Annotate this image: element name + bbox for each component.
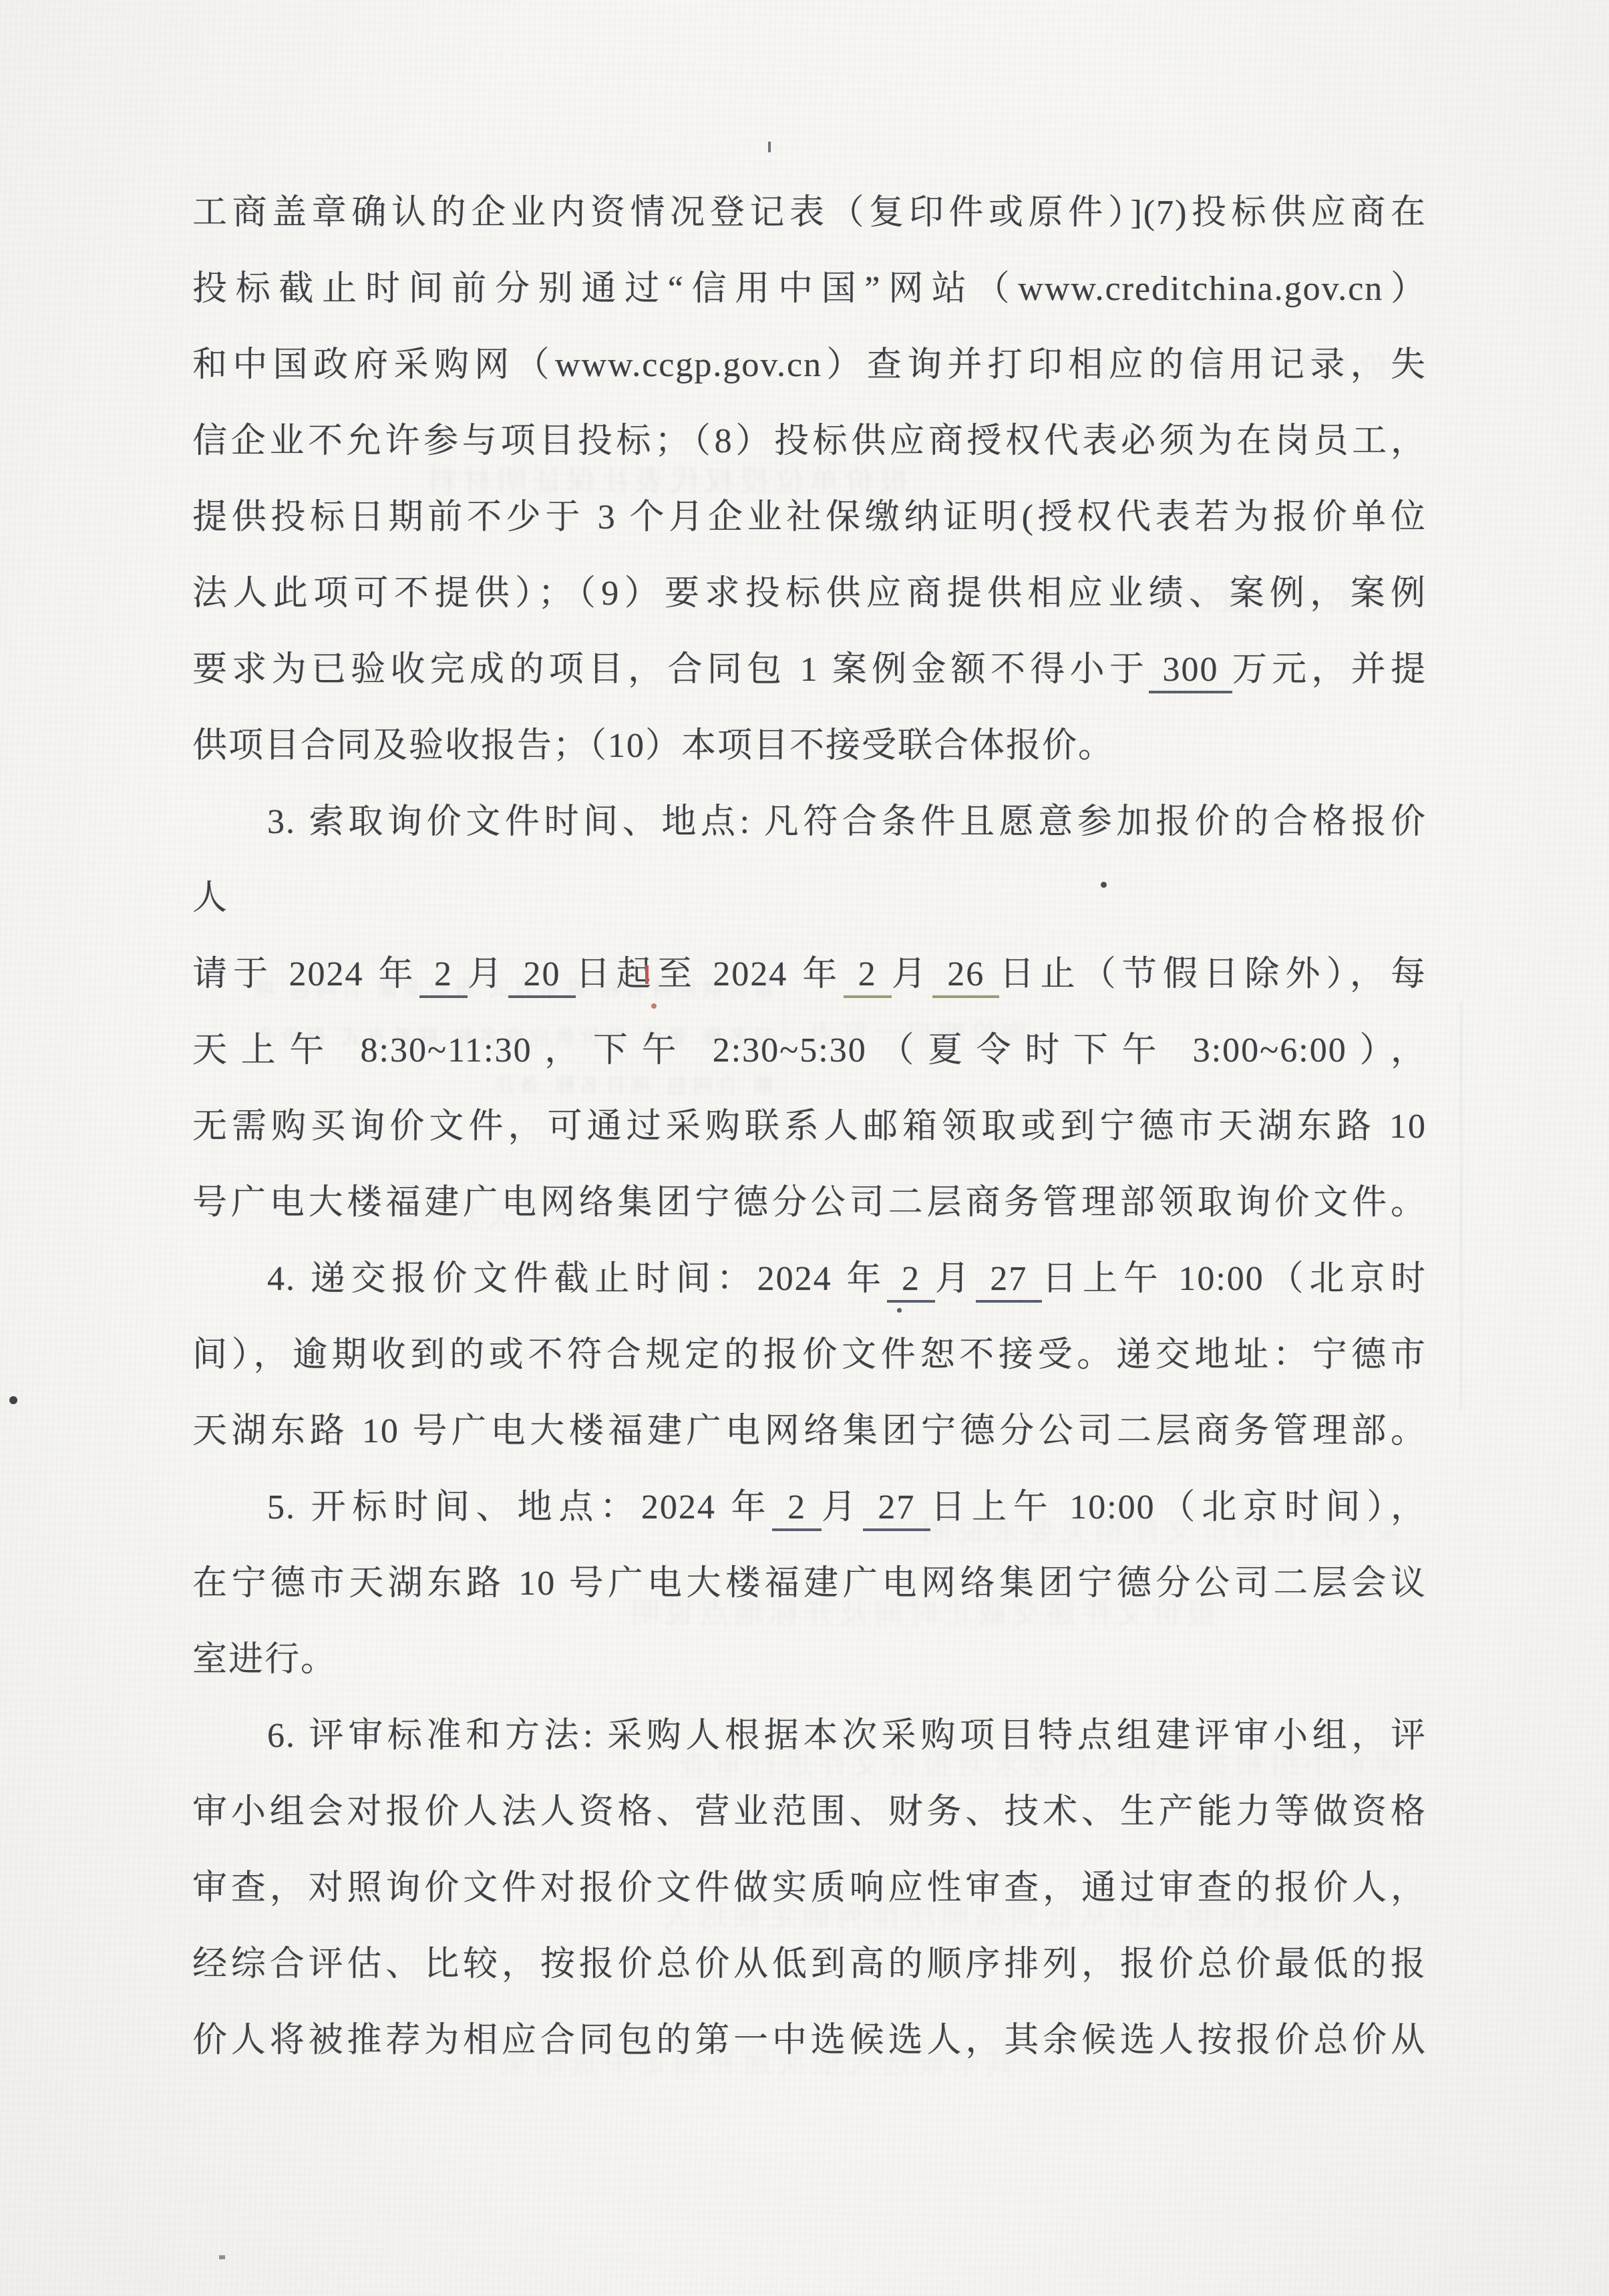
scan-speck — [9, 1396, 17, 1404]
document-line: 在宁德市天湖东路 10 号广电大楼福建广电网络集团宁德分公司二层会议 — [192, 1546, 1427, 1622]
document-line: 天湖东路 10 号广电大楼福建广电网络集团宁德分公司二层商务管理部。 — [192, 1393, 1427, 1470]
line-text: 价人将被推荐为相应合同包的第一中选候选人，其余候选人按报价总价从 — [192, 2021, 1427, 2060]
document-line: 人 — [192, 860, 1427, 937]
line-text: 人 — [192, 879, 228, 917]
line-text: 信企业不允许参与项目投标；（8）投标供应商授权代表必须为在岗员工， — [192, 422, 1427, 460]
document-body: 工商盖章确认的企业内资情况登记表（复印件或原件）](7)投标供应商在投标截止时间… — [192, 175, 1427, 2079]
line-text: 号广电大楼福建广电网络集团宁德分公司二层商务管理部领取询价文件。 — [192, 1184, 1427, 1222]
line-text: 法人此项可不提供）；（9）要求投标供应商提供相应业绩、案例，案例 — [192, 575, 1427, 613]
underlined-value: 300 — [1149, 651, 1232, 693]
underlined-value: 27 — [976, 1260, 1043, 1303]
document-line: 6. 评审标准和方法: 采购人根据本次采购项目特点组建评审小组，评 — [192, 1698, 1427, 1774]
underlined-value: 26 — [932, 955, 999, 998]
line-text: 月 — [468, 955, 508, 993]
line-text: 万元，并提 — [1232, 651, 1427, 689]
document-line: 3. 索取询价文件时间、地点: 凡符合条件且愿意参加报价的合格报价 — [192, 784, 1427, 860]
line-text: 日上午 10:00（北京时 — [1042, 1260, 1427, 1298]
document-line: 信企业不允许参与项目投标；（8）投标供应商授权代表必须为在岗员工， — [192, 403, 1427, 480]
line-text: 日止（节假日除外），每 — [999, 955, 1427, 993]
document-line: 法人此项可不提供）；（9）要求投标供应商提供相应业绩、案例，案例 — [192, 556, 1427, 632]
document-line: 间），逾期收到的或不符合规定的报价文件恕不接受。递交地址：宁德市 — [192, 1317, 1427, 1393]
line-text: 天湖东路 10 号广电大楼福建广电网络集团宁德分公司二层商务管理部。 — [192, 1412, 1427, 1450]
document-line: 工商盖章确认的企业内资情况登记表（复印件或原件）](7)投标供应商在 — [192, 175, 1427, 251]
line-text: 提供投标日期前不少于 3 个月企业社保缴纳证明(授权代表若为报价单位 — [192, 498, 1427, 536]
bleedthrough-vline — [1460, 1002, 1462, 1410]
document-line: 天上午 8:30~11:30，下午 2:30~5:30（夏令时下午 3:00~6… — [192, 1013, 1427, 1089]
document-line: 5. 开标时间、地点：2024 年 2 月 27 日上午 10:00（北京时间）… — [192, 1470, 1427, 1546]
document-line: 和中国政府采购网（www.ccgp.gov.cn）查询并打印相应的信用记录，失 — [192, 327, 1427, 403]
document-line: 供项目合同及验收报告；（10）本项目不接受联合体报价。 — [192, 708, 1427, 784]
document-line: 室进行。 — [192, 1622, 1427, 1698]
line-text: 5. 开标时间、地点：2024 年 — [267, 1488, 772, 1526]
line-text: 月 — [892, 955, 932, 993]
line-text: 工商盖章确认的企业内资情况登记表（复印件或原件）](7)投标供应商在 — [192, 194, 1427, 232]
document-line: 投标截止时间前分别通过“信用中国”网站（www.creditchina.gov.… — [192, 251, 1427, 327]
underlined-value: 2 — [772, 1488, 822, 1531]
document-line: 号广电大楼福建广电网络集团宁德分公司二层商务管理部领取询价文件。 — [192, 1165, 1427, 1241]
line-text: 投标截止时间前分别通过“信用中国”网站（www.creditchina.gov.… — [192, 270, 1427, 308]
document-line: 无需购买询价文件，可通过采购联系人邮箱领取或到宁德市天湖东路 10 — [192, 1089, 1427, 1165]
underlined-value: 2 — [419, 955, 468, 998]
line-text: 审小组会对报价人法人资格、营业范围、财务、技术、生产能力等做资格 — [192, 1793, 1427, 1831]
document-line: 提供投标日期前不少于 3 个月企业社保缴纳证明(授权代表若为报价单位 — [192, 480, 1427, 556]
line-text: 要求为已验收完成的项目，合同包 1 案例金额不得小于 — [192, 651, 1149, 689]
line-text: 月 — [935, 1260, 976, 1298]
underlined-value: 2 — [844, 955, 892, 998]
document-line: 价人将被推荐为相应合同包的第一中选候选人，其余候选人按报价总价从 — [192, 2003, 1427, 2079]
line-text: 3. 索取询价文件时间、地点: 凡符合条件且愿意参加报价的合格报价 — [267, 803, 1427, 841]
document-line: 请于 2024 年 2 月 20 日起至 2024 年 2 月 26 日止（节假… — [192, 937, 1427, 1013]
document-line: 审查，对照询价文件对报价文件做实质响应性审查，通过审查的报价人， — [192, 1850, 1427, 1927]
scan-speck — [768, 142, 771, 152]
underlined-value: 27 — [863, 1488, 931, 1531]
line-text: 日上午 10:00（北京时间）， — [930, 1488, 1427, 1526]
line-text: 4. 递交报价文件截止时间：2024 年 — [267, 1260, 887, 1298]
underlined-value: 20 — [508, 955, 575, 998]
line-text: 6. 评审标准和方法: 采购人根据本次采购项目特点组建评审小组，评 — [267, 1717, 1427, 1755]
line-text: 供项目合同及验收报告；（10）本项目不接受联合体报价。 — [192, 727, 1114, 765]
document-line: 经综合评估、比较，按报价总价从低到高的顺序排列，报价总价最低的报 — [192, 1927, 1427, 2003]
line-text: 审查，对照询价文件对报价文件做实质响应性审查，通过审查的报价人， — [192, 1869, 1427, 1907]
document-line: 要求为已验收完成的项目，合同包 1 案例金额不得小于 300 万元，并提 — [192, 632, 1427, 708]
line-text: 请于 2024 年 — [192, 955, 419, 993]
line-text: 日起至 2024 年 — [576, 955, 844, 993]
line-text: 在宁德市天湖东路 10 号广电大楼福建广电网络集团宁德分公司二层会议 — [192, 1565, 1427, 1603]
line-text: 间），逾期收到的或不符合规定的报价文件恕不接受。递交地址：宁德市 — [192, 1336, 1427, 1374]
line-text: 月 — [822, 1488, 863, 1526]
line-text: 无需购买询价文件，可通过采购联系人邮箱领取或到宁德市天湖东路 10 — [192, 1108, 1427, 1146]
scan-speck — [219, 2255, 225, 2259]
line-text: 室进行。 — [192, 1641, 337, 1679]
underlined-value: 2 — [887, 1260, 935, 1303]
scanned-page: 询价采购公告信息记录报价单位授权代表社保证明材料项目合同包报价要求报价供应商名称… — [0, 0, 1609, 2296]
document-line: 审小组会对报价人法人资格、营业范围、财务、技术、生产能力等做资格 — [192, 1774, 1427, 1850]
document-line: 4. 递交报价文件截止时间：2024 年 2 月 27 日上午 10:00（北京… — [192, 1241, 1427, 1317]
line-text: 天上午 8:30~11:30，下午 2:30~5:30（夏令时下午 3:00~6… — [192, 1031, 1427, 1070]
line-text: 和中国政府采购网（www.ccgp.gov.cn）查询并打印相应的信用记录，失 — [192, 346, 1427, 384]
line-text: 经综合评估、比较，按报价总价从低到高的顺序排列，报价总价最低的报 — [192, 1945, 1427, 1983]
